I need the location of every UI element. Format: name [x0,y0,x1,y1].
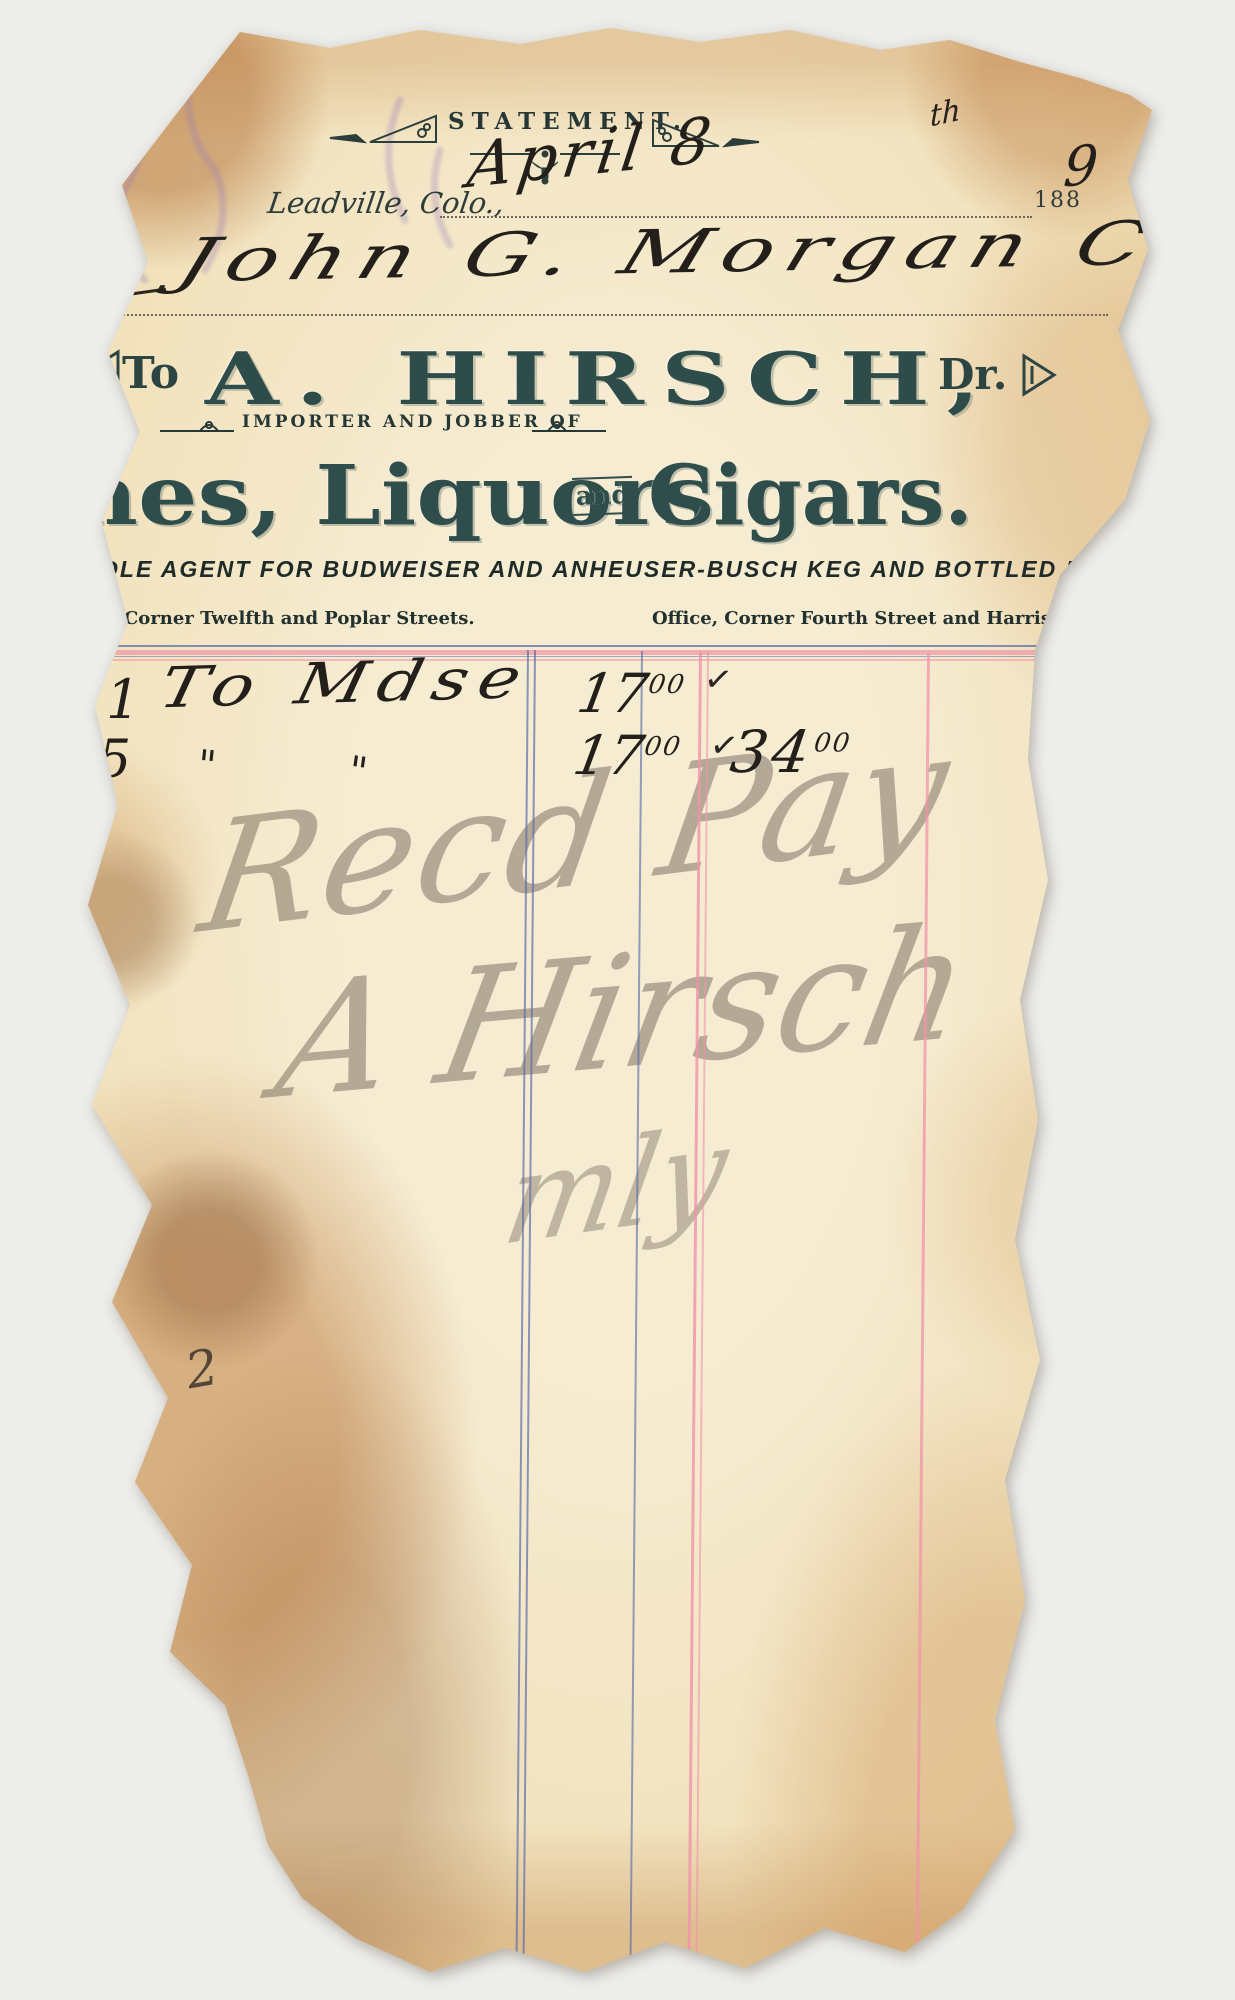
column-rule-blue-1 [515,650,529,1990]
column-rule-blue-3 [629,651,643,1991]
subtitle-ornament-left [160,418,238,436]
column-rule-pink-1 [687,652,702,1992]
paper-wrapper: STATEMENT. Leadville, C [0,0,1235,2000]
row1-dollars: 17 [573,662,653,725]
customer-rule [100,314,1108,316]
statement-flourish-left [326,112,441,146]
handwritten-year-digit: 9 [1062,132,1101,199]
column-rule-pink-3 [915,654,930,1994]
ledger-column-rules [0,645,1235,1996]
subtitle-ornament-right [528,418,606,436]
aged-paper-sheet: STATEMENT. Leadville, C [0,0,1235,2000]
ledger-row2-qty: 5 [98,730,131,790]
row2-total-dollars: 34 [726,718,817,786]
to-ornament-icon [84,348,122,394]
merchant-name: A. HIRSCH, [205,336,997,421]
row2-cents: 00 [642,732,684,762]
address-right: Office, Corner Fourth Street and Harriso… [652,608,1161,629]
ledger-row1-qty: 1 [106,668,140,731]
row2-total-cents: 00 [812,729,853,759]
address-left: e, Corner Twelfth and Poplar Streets. [100,608,475,629]
dr-label: Dr. [938,350,1007,399]
to-label: To [122,348,179,399]
dr-ornament-icon [1020,352,1058,398]
ledger-row1-amount: 1700 [573,662,690,725]
ledger-row1-desc: To Mdse [154,646,538,722]
photo-of-statement: STATEMENT. Leadville, C [0,0,1235,2000]
row1-cents: 00 [646,670,688,700]
day-suffix: th [930,92,961,134]
row1-checkmark-icon: ✓ [701,658,735,702]
handwritten-day-suffix: th [930,85,961,161]
ledger-row2-amount: 1700 [569,724,686,787]
row2-dollars: 17 [569,724,649,787]
products-right-fragment: Cigars. [648,448,973,544]
ledger-row2-total: 3400 [726,718,854,786]
products-and-word: and [572,476,633,516]
sole-agent-line: OLE AGENT FOR BUDWEISER AND ANHEUSER-BUS… [100,556,1146,583]
